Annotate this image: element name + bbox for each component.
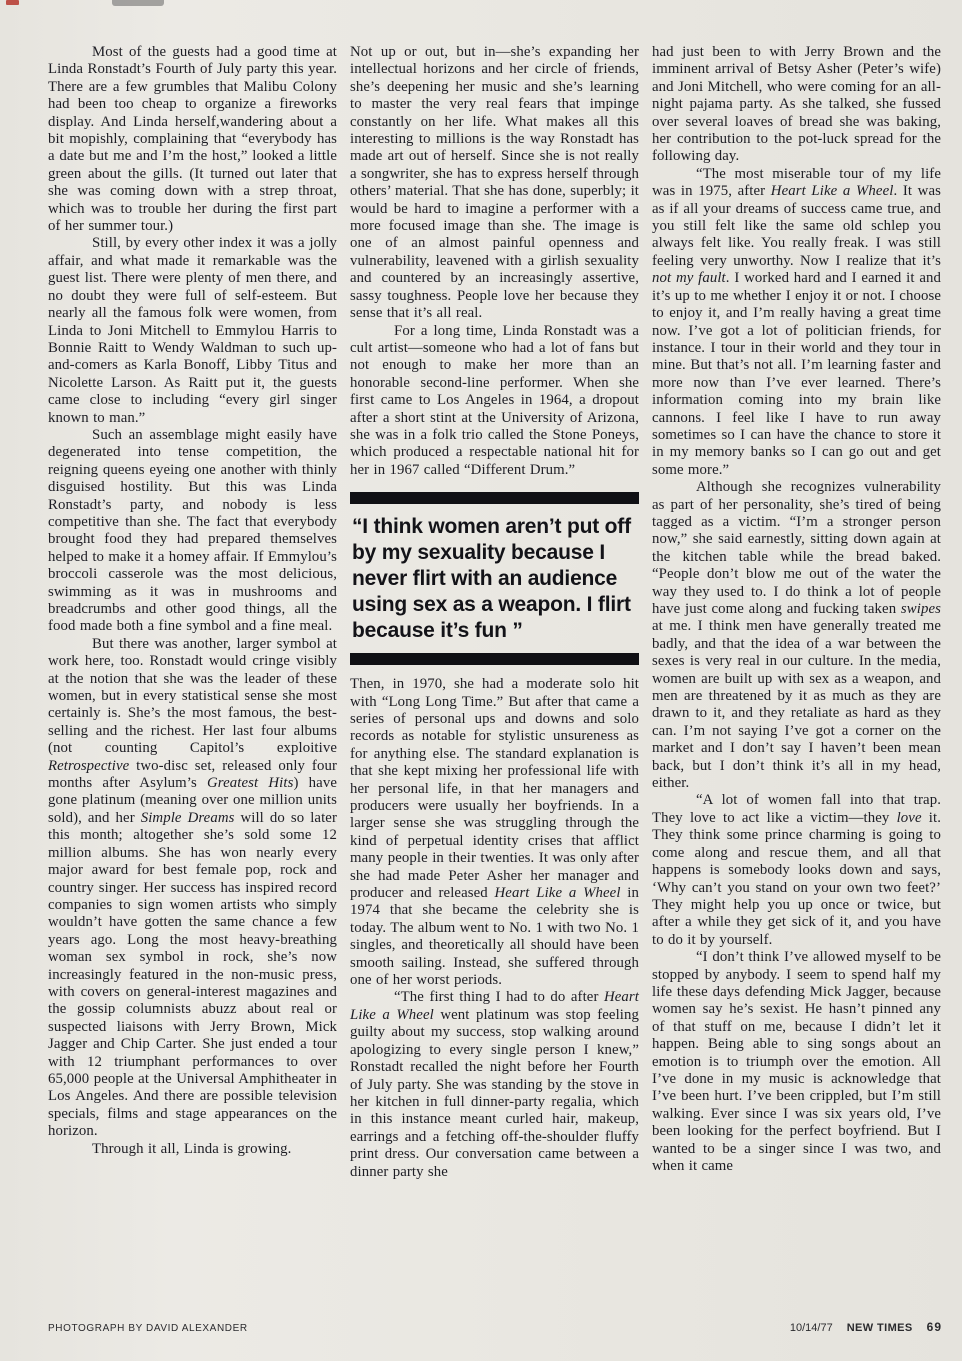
italic-text: swipes bbox=[901, 601, 941, 617]
paragraph: Not up or out, but in—she’s expanding he… bbox=[350, 44, 639, 323]
magazine-name: NEW TIMES bbox=[847, 1322, 913, 1334]
paragraph: For a long time, Linda Ronstadt was a cu… bbox=[350, 323, 639, 480]
body-text: had just been to with Jerry Brown and th… bbox=[652, 44, 941, 164]
print-artifact-red bbox=[6, 0, 19, 5]
pull-quote: “I think women aren’t put off by my sexu… bbox=[350, 492, 639, 665]
paragraph: “The first thing I had to do after Heart… bbox=[350, 989, 639, 1180]
pull-quote-text: “I think women aren’t put off by my sexu… bbox=[350, 504, 639, 653]
paragraph: “A lot of women fall into that trap. The… bbox=[652, 792, 941, 949]
column-1: Most of the guests had a good time at Li… bbox=[48, 44, 337, 1181]
body-text: “The first thing I had to do after bbox=[394, 989, 604, 1005]
pull-quote-bottom-bar bbox=[350, 653, 639, 665]
paragraph: Through it all, Linda is growing. bbox=[48, 1141, 337, 1158]
column-3: had just been to with Jerry Brown and th… bbox=[652, 44, 941, 1181]
body-text: But there was another, larger symbol at … bbox=[48, 636, 337, 756]
magazine-page: { "page": { "background": "#e9e7e1", "te… bbox=[0, 0, 962, 1361]
body-text: Then, in 1970, she had a moderate solo h… bbox=[350, 676, 639, 901]
italic-text: love bbox=[897, 810, 922, 826]
article-body: Most of the guests had a good time at Li… bbox=[48, 44, 942, 1181]
italic-text: Greatest Hits bbox=[207, 775, 293, 791]
body-text: Not up or out, but in—she’s expanding he… bbox=[350, 44, 639, 321]
paragraph: Most of the guests had a good time at Li… bbox=[48, 44, 337, 235]
body-text: will do so later this month; altogether … bbox=[48, 810, 337, 1139]
paragraph: had just been to with Jerry Brown and th… bbox=[652, 44, 941, 166]
body-text: went platinum was stop feeling guilty ab… bbox=[350, 1007, 639, 1180]
body-text: . I worked hard and I earned it and it’s… bbox=[652, 270, 941, 477]
italic-text: Heart Like a Wheel bbox=[495, 885, 621, 901]
italic-text: not my fault bbox=[652, 270, 726, 286]
body-text: it. They think some prince charming is g… bbox=[652, 810, 941, 948]
body-text: For a long time, Linda Ronstadt was a cu… bbox=[350, 323, 639, 478]
photo-credit: PHOTOGRAPH BY DAVID ALEXANDER bbox=[48, 1323, 248, 1334]
page-number: 69 bbox=[927, 1320, 942, 1334]
paragraph: But there was another, larger symbol at … bbox=[48, 636, 337, 1141]
column-2: Not up or out, but in—she’s expanding he… bbox=[350, 44, 639, 1181]
paragraph: “The most miserable tour of my life was … bbox=[652, 166, 941, 479]
footer-right: 10/14/77 NEW TIMES 69 bbox=[790, 1320, 942, 1334]
body-text: Still, by every other index it was a jol… bbox=[48, 235, 337, 425]
print-artifact-smudge bbox=[112, 0, 164, 6]
body-text: at me. I think men have generally treate… bbox=[652, 618, 941, 791]
paragraph: Still, by every other index it was a jol… bbox=[48, 235, 337, 426]
paragraph: Then, in 1970, she had a moderate solo h… bbox=[350, 676, 639, 989]
body-text: Such an assemblage might easily have deg… bbox=[48, 427, 337, 634]
paragraph: Such an assemblage might easily have deg… bbox=[48, 427, 337, 636]
page-footer: PHOTOGRAPH BY DAVID ALEXANDER 10/14/77 N… bbox=[48, 1320, 942, 1334]
italic-text: Heart Like a Wheel bbox=[771, 183, 894, 199]
body-text: Most of the guests had a good time at Li… bbox=[48, 44, 337, 234]
paragraph: “I don’t think I’ve allowed myself to be… bbox=[652, 949, 941, 1175]
body-text: Through it all, Linda is growing. bbox=[92, 1141, 291, 1157]
pull-quote-top-bar bbox=[350, 492, 639, 504]
issue-date: 10/14/77 bbox=[790, 1322, 833, 1334]
paragraph: Although she recognizes vulnerability as… bbox=[652, 479, 941, 792]
body-text: Although she recognizes vulnerability as… bbox=[652, 479, 941, 617]
italic-text: Simple Dreams bbox=[141, 810, 235, 826]
italic-text: Retrospective bbox=[48, 758, 129, 774]
body-text: “I don’t think I’ve allowed myself to be… bbox=[652, 949, 941, 1174]
